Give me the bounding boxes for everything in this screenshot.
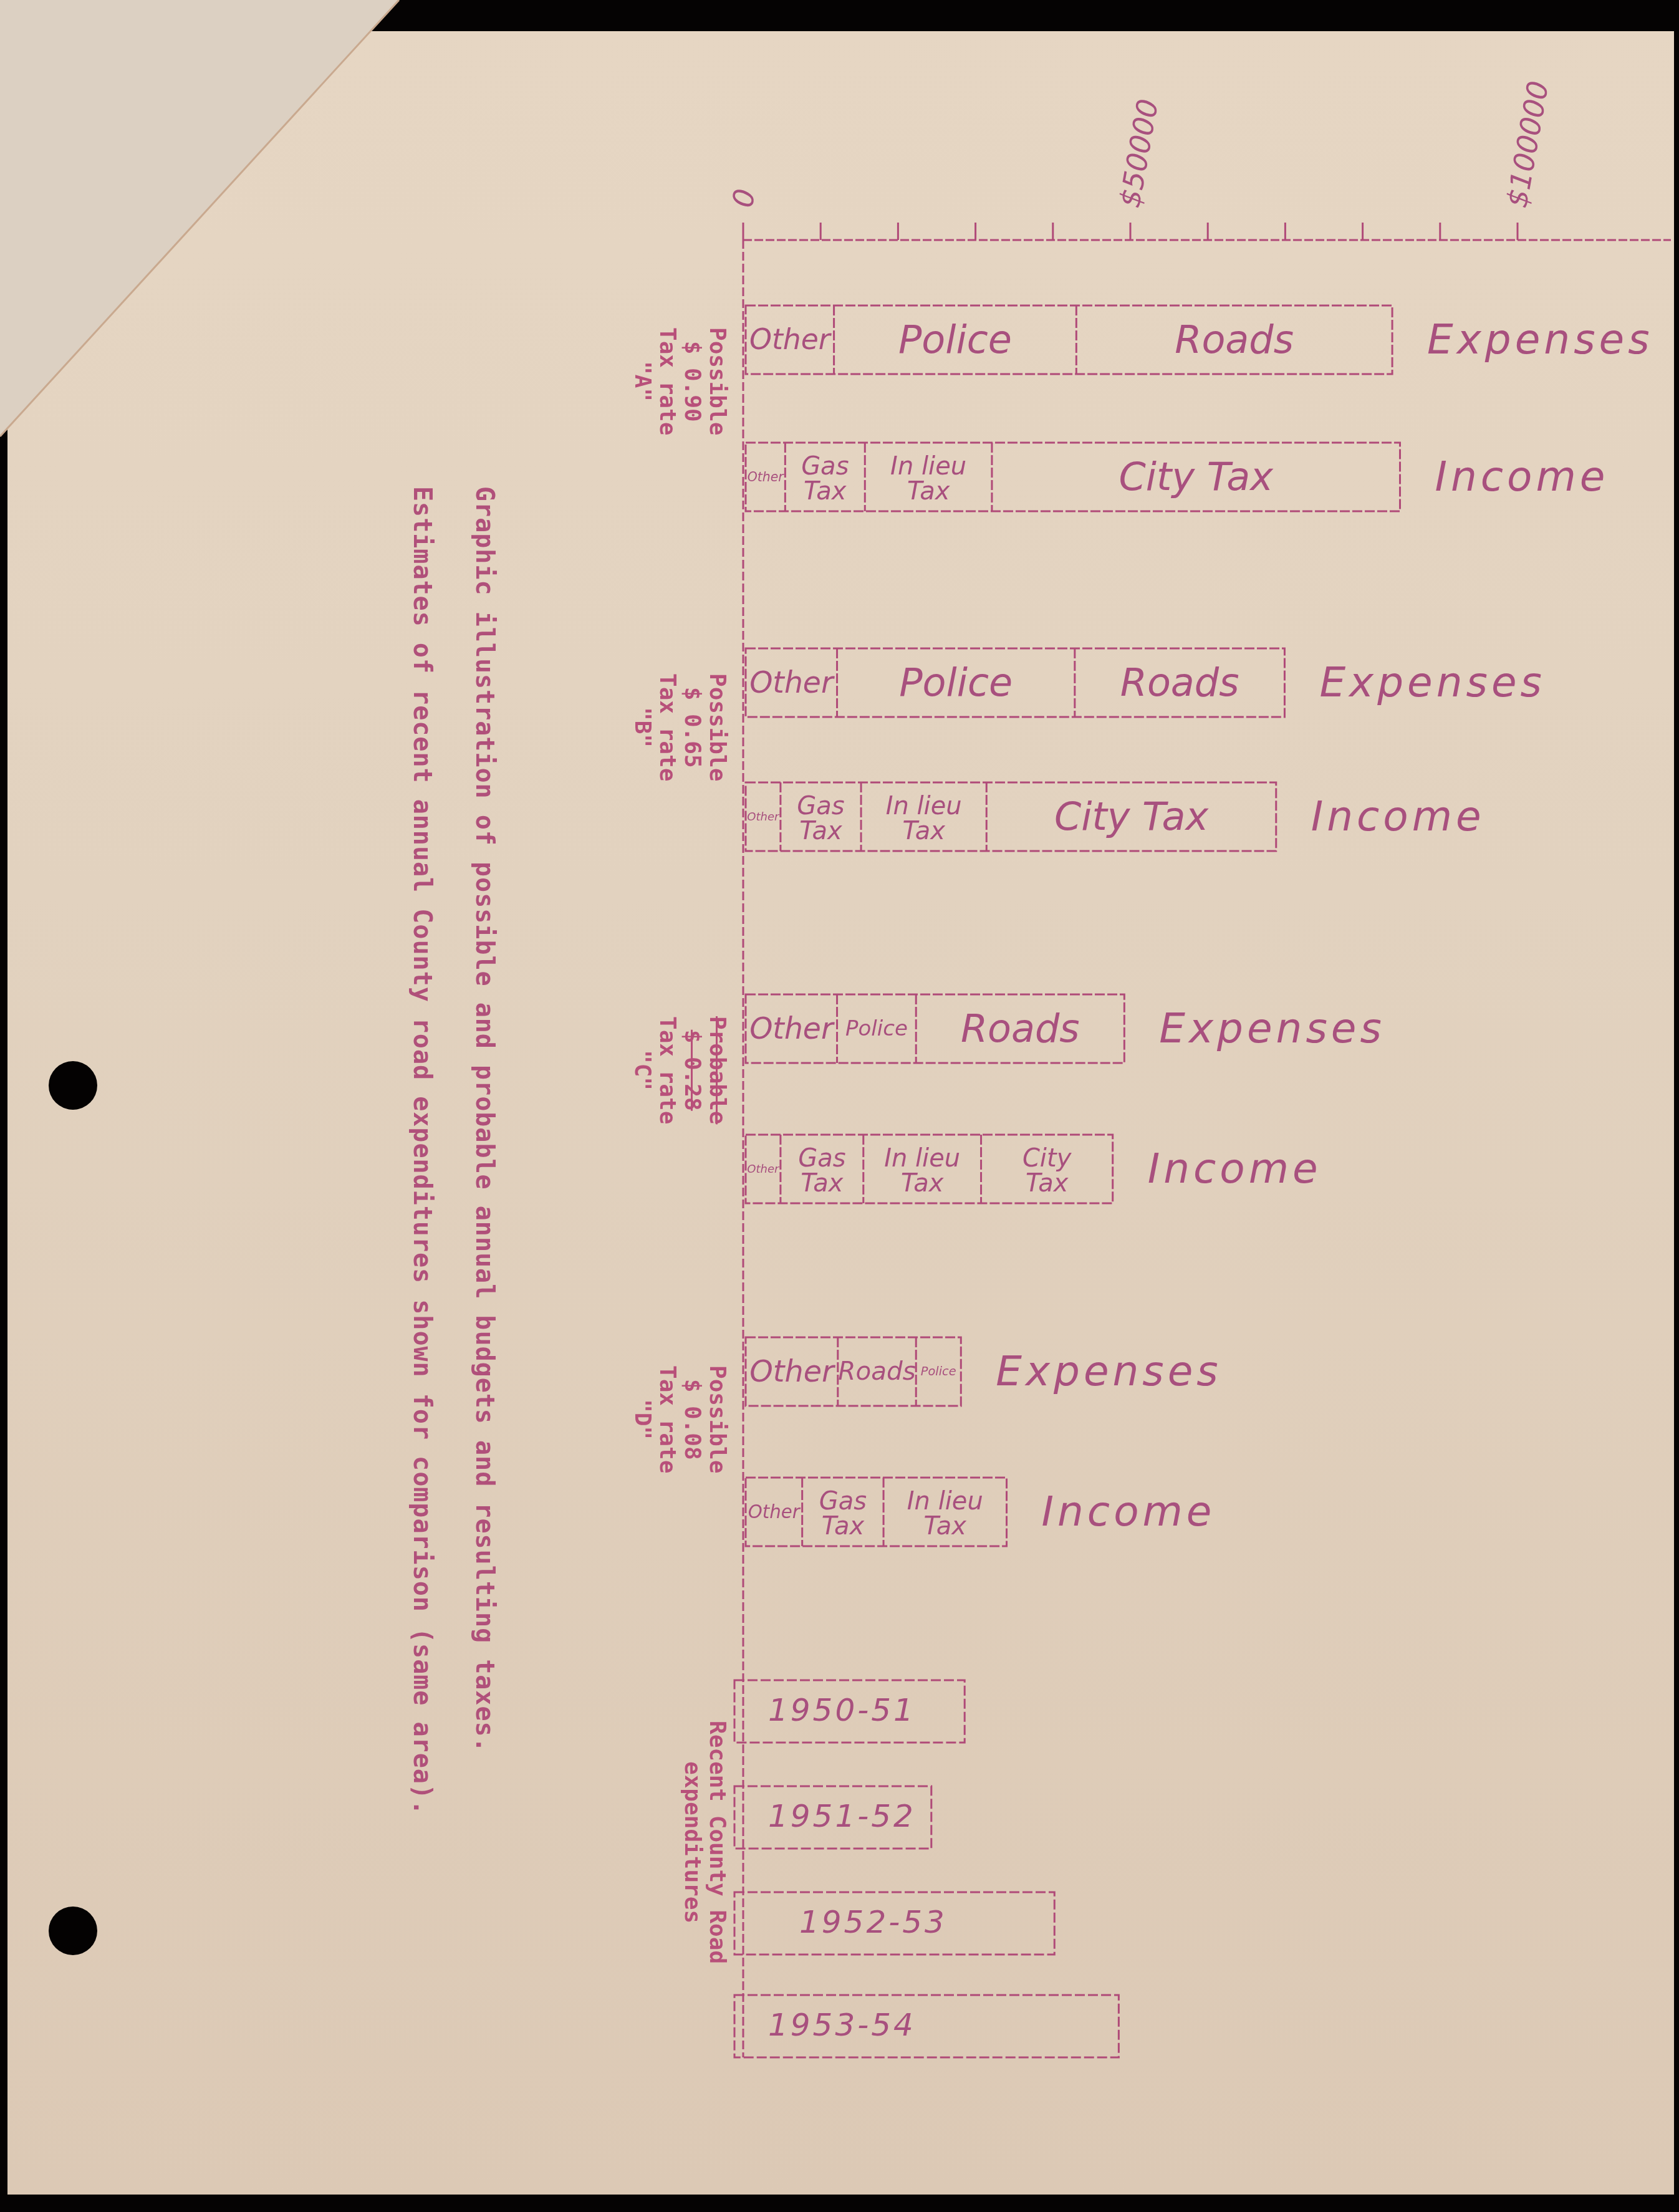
recent-label-line2: expenditures bbox=[680, 1721, 705, 1964]
scenario-letter: "B" bbox=[630, 673, 655, 781]
segment-label: Other bbox=[749, 1012, 835, 1046]
recent-expenditure-year: 1952-53 bbox=[799, 1904, 947, 1940]
scenario-letter: "A" bbox=[630, 327, 655, 435]
scenario-status: Possible bbox=[705, 673, 729, 781]
segment-label: Roads bbox=[961, 1006, 1080, 1051]
bar-name-label: Income bbox=[1435, 453, 1609, 501]
segment-label: Police bbox=[899, 660, 1013, 705]
segment-label: Other bbox=[749, 666, 835, 700]
axis-tick-label: $100000 bbox=[1500, 79, 1556, 210]
segment-label: Other bbox=[748, 1501, 801, 1522]
bar-name-label: Expenses bbox=[996, 1347, 1221, 1395]
segment-label: Police bbox=[898, 317, 1012, 362]
axis-tick-label: 0 bbox=[726, 186, 762, 210]
segment-label: Other bbox=[749, 1355, 836, 1389]
segment-label: Roads bbox=[1120, 660, 1239, 705]
budget-chart: 0$50000$100000OtherPoliceRoadsExpensesOt… bbox=[0, 0, 1679, 2212]
segment-label: Roads bbox=[1175, 317, 1294, 362]
stacked-bar-expenses bbox=[746, 305, 1392, 374]
bar-name-label: Expenses bbox=[1427, 315, 1653, 363]
scenario-letter: "D" bbox=[630, 1365, 655, 1473]
segment-label: Other bbox=[748, 469, 785, 484]
segment-label: Tax bbox=[907, 477, 950, 506]
scenario-rate: $ 0.28 bbox=[680, 1016, 705, 1124]
bar-name-label: Expenses bbox=[1319, 658, 1545, 706]
segment-label: City Tax bbox=[1119, 454, 1274, 499]
segment-label: Other bbox=[747, 1163, 780, 1176]
scenario-label-c: Probable $ 0.28 Tax rate "C" bbox=[630, 1016, 729, 1124]
segment-label: City Tax bbox=[1054, 794, 1210, 839]
bar-name-label: Income bbox=[1148, 1145, 1322, 1193]
bar-name-label: Income bbox=[1042, 1488, 1216, 1536]
scenario-status: Probable bbox=[705, 1016, 729, 1124]
recent-expenditure-year: 1950-51 bbox=[768, 1692, 916, 1728]
segment-label: Tax bbox=[822, 1512, 865, 1541]
segment-label: Tax bbox=[804, 477, 847, 506]
segment-label: Police bbox=[845, 1016, 908, 1041]
scenario-rate: $ 0.90 bbox=[680, 327, 705, 435]
scenario-rate-label: Tax rate bbox=[655, 673, 680, 781]
segment-label: Tax bbox=[924, 1512, 967, 1541]
segment-label: Tax bbox=[901, 1169, 944, 1198]
axis-tick-label: $50000 bbox=[1113, 97, 1165, 210]
scenario-status: Possible bbox=[705, 1365, 729, 1473]
recent-expenditure-year: 1951-52 bbox=[768, 1798, 916, 1834]
scenario-rate-label: Tax rate bbox=[655, 1016, 680, 1124]
segment-label: Tax bbox=[1026, 1169, 1069, 1198]
segment-label: Tax bbox=[902, 817, 945, 845]
scenario-rate-label: Tax rate bbox=[655, 327, 680, 435]
segment-label: Other bbox=[749, 323, 832, 356]
scenario-label-d: Possible $ 0.08 Tax rate "D" bbox=[630, 1365, 729, 1473]
scenario-label-a: Possible $ 0.90 Tax rate "A" bbox=[630, 327, 729, 435]
bar-name-label: Expenses bbox=[1159, 1004, 1385, 1052]
segment-label: Tax bbox=[799, 817, 842, 845]
scenario-rate: $ 0.08 bbox=[680, 1365, 705, 1473]
scenario-rate-label: Tax rate bbox=[655, 1365, 680, 1473]
recent-expenditure-year: 1953-54 bbox=[768, 2007, 916, 2043]
scenario-status: Possible bbox=[705, 327, 729, 435]
segment-label: Other bbox=[747, 810, 780, 824]
scenario-rate: $ 0.65 bbox=[680, 673, 705, 781]
caption-line-2: Estimates of recent annual County road e… bbox=[408, 486, 436, 1815]
caption-line-1: Graphic illustration of possible and pro… bbox=[470, 486, 499, 1753]
segment-label: Tax bbox=[801, 1169, 844, 1198]
scenario-letter: "C" bbox=[630, 1016, 655, 1124]
recent-label-line1: Recent County Road bbox=[705, 1721, 729, 1964]
scenario-label-b: Possible $ 0.65 Tax rate "B" bbox=[630, 673, 729, 781]
bar-name-label: Income bbox=[1311, 792, 1485, 840]
segment-label: Roads bbox=[838, 1356, 915, 1386]
segment-label: Police bbox=[921, 1364, 956, 1378]
recent-expenditures-label: Recent County Road expenditures bbox=[680, 1721, 729, 1964]
